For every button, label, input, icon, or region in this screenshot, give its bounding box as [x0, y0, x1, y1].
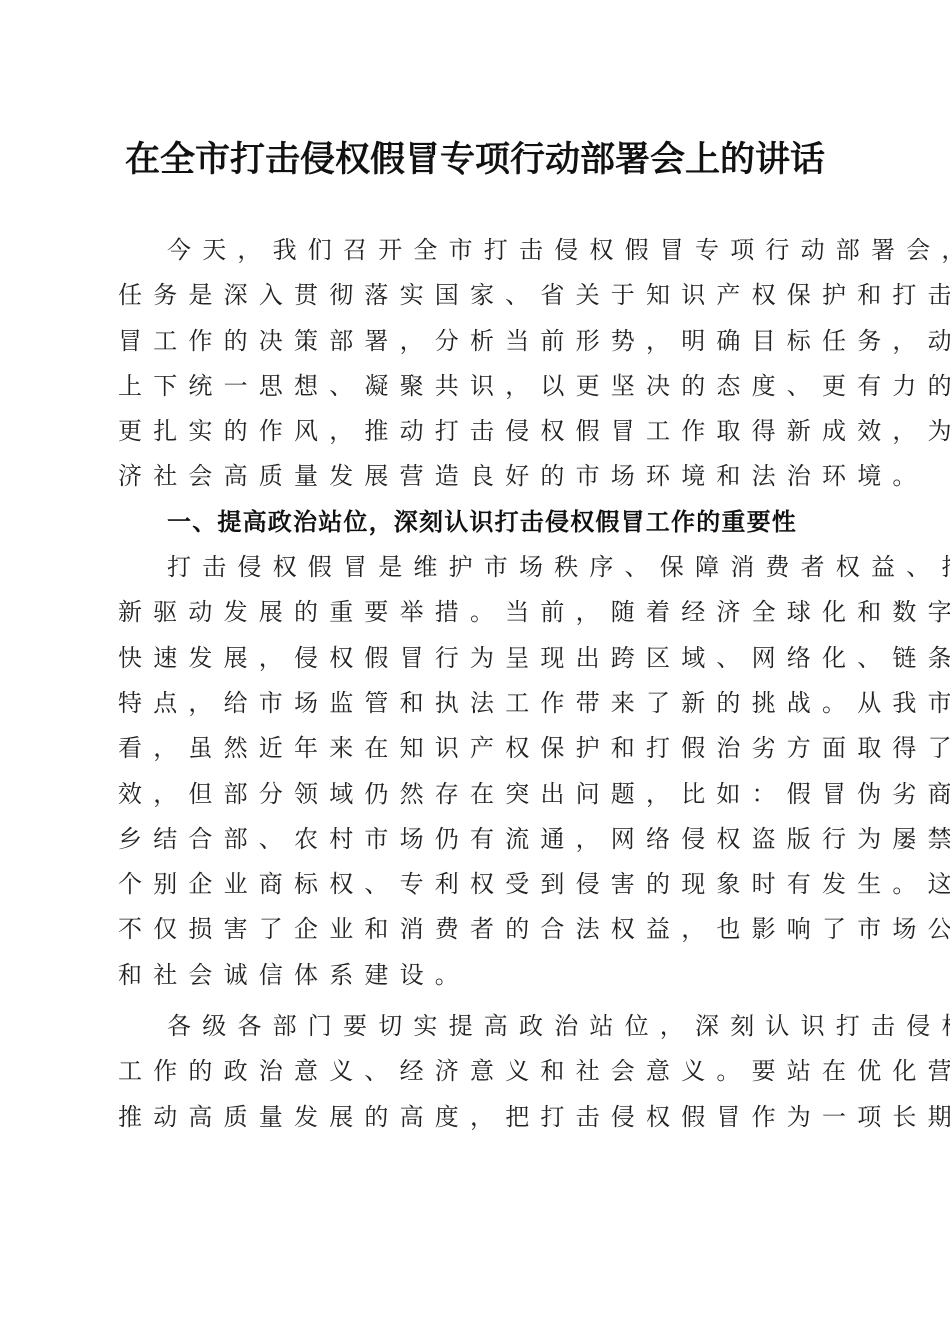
text-line: 各级各部门要切实提高政治站位，深刻认识打击侵权假冒: [118, 1004, 858, 1049]
text-line: 上下统一思想、凝聚共识，以更坚决的态度、更有力的举措、: [118, 364, 858, 409]
text-line: 和社会诚信体系建设。: [118, 953, 858, 998]
text-line: 不仅损害了企业和消费者的合法权益，也影响了市场公平竞争: [118, 907, 858, 952]
text-line: 更扎实的作风，推动打击侵权假冒工作取得新成效，为全市经: [118, 409, 858, 454]
text-line: 推动高质量发展的高度，把打击侵权假冒作为一项长期性、系: [118, 1095, 858, 1140]
text-line: 今天，我们召开全市打击侵权假冒专项行动部署会，主要: [118, 228, 858, 273]
text-line: 效，但部分领域仍然存在突出问题，比如：假冒伪劣商品在城: [118, 772, 858, 817]
text-line: 看，虽然近年来在知识产权保护和打假治劣方面取得了一定成: [118, 726, 858, 771]
text-line: 个别企业商标权、专利权受到侵害的现象时有发生。这些问题: [118, 862, 858, 907]
section-heading-text: 一、提高政治站位，深刻认识打击侵权假冒工作的重要性: [118, 500, 858, 545]
paragraph-intro: 今天，我们召开全市打击侵权假冒专项行动部署会，主要 任务是深入贯彻落实国家、省关…: [118, 228, 858, 500]
text-line: 打击侵权假冒是维护市场秩序、保障消费者权益、推动创: [118, 545, 858, 590]
text-line: 济社会高质量发展营造良好的市场环境和法治环境。: [118, 454, 858, 499]
text-line: 新驱动发展的重要举措。当前，随着经济全球化和数字经济的: [118, 590, 858, 635]
paragraph-requirements: 各级各部门要切实提高政治站位，深刻认识打击侵权假冒 工作的政治意义、经济意义和社…: [118, 1004, 858, 1140]
text-line: 特点，给市场监管和执法工作带来了新的挑战。从我市情况来: [118, 681, 858, 726]
section-heading-1: 一、提高政治站位，深刻认识打击侵权假冒工作的重要性: [118, 500, 858, 545]
text-line: 快速发展，侵权假冒行为呈现出跨区域、网络化、链条化的新: [118, 636, 858, 681]
text-line: 冒工作的决策部署，分析当前形势，明确目标任务，动员全市: [118, 319, 858, 364]
text-line: 任务是深入贯彻落实国家、省关于知识产权保护和打击侵权假: [118, 273, 858, 318]
text-line: 工作的政治意义、经济意义和社会意义。要站在优化营商环境、: [118, 1049, 858, 1094]
document-body: 今天，我们召开全市打击侵权假冒专项行动部署会，主要 任务是深入贯彻落实国家、省关…: [118, 228, 858, 1140]
text-line: 乡结合部、农村市场仍有流通，网络侵权盗版行为屡禁不止，: [118, 817, 858, 862]
document-page: 在全市打击侵权假冒专项行动部署会上的讲话 今天，我们召开全市打击侵权假冒专项行动…: [0, 0, 950, 1344]
document-title: 在全市打击侵权假冒专项行动部署会上的讲话: [0, 136, 950, 184]
paragraph-importance: 打击侵权假冒是维护市场秩序、保障消费者权益、推动创 新驱动发展的重要举措。当前，…: [118, 545, 858, 998]
